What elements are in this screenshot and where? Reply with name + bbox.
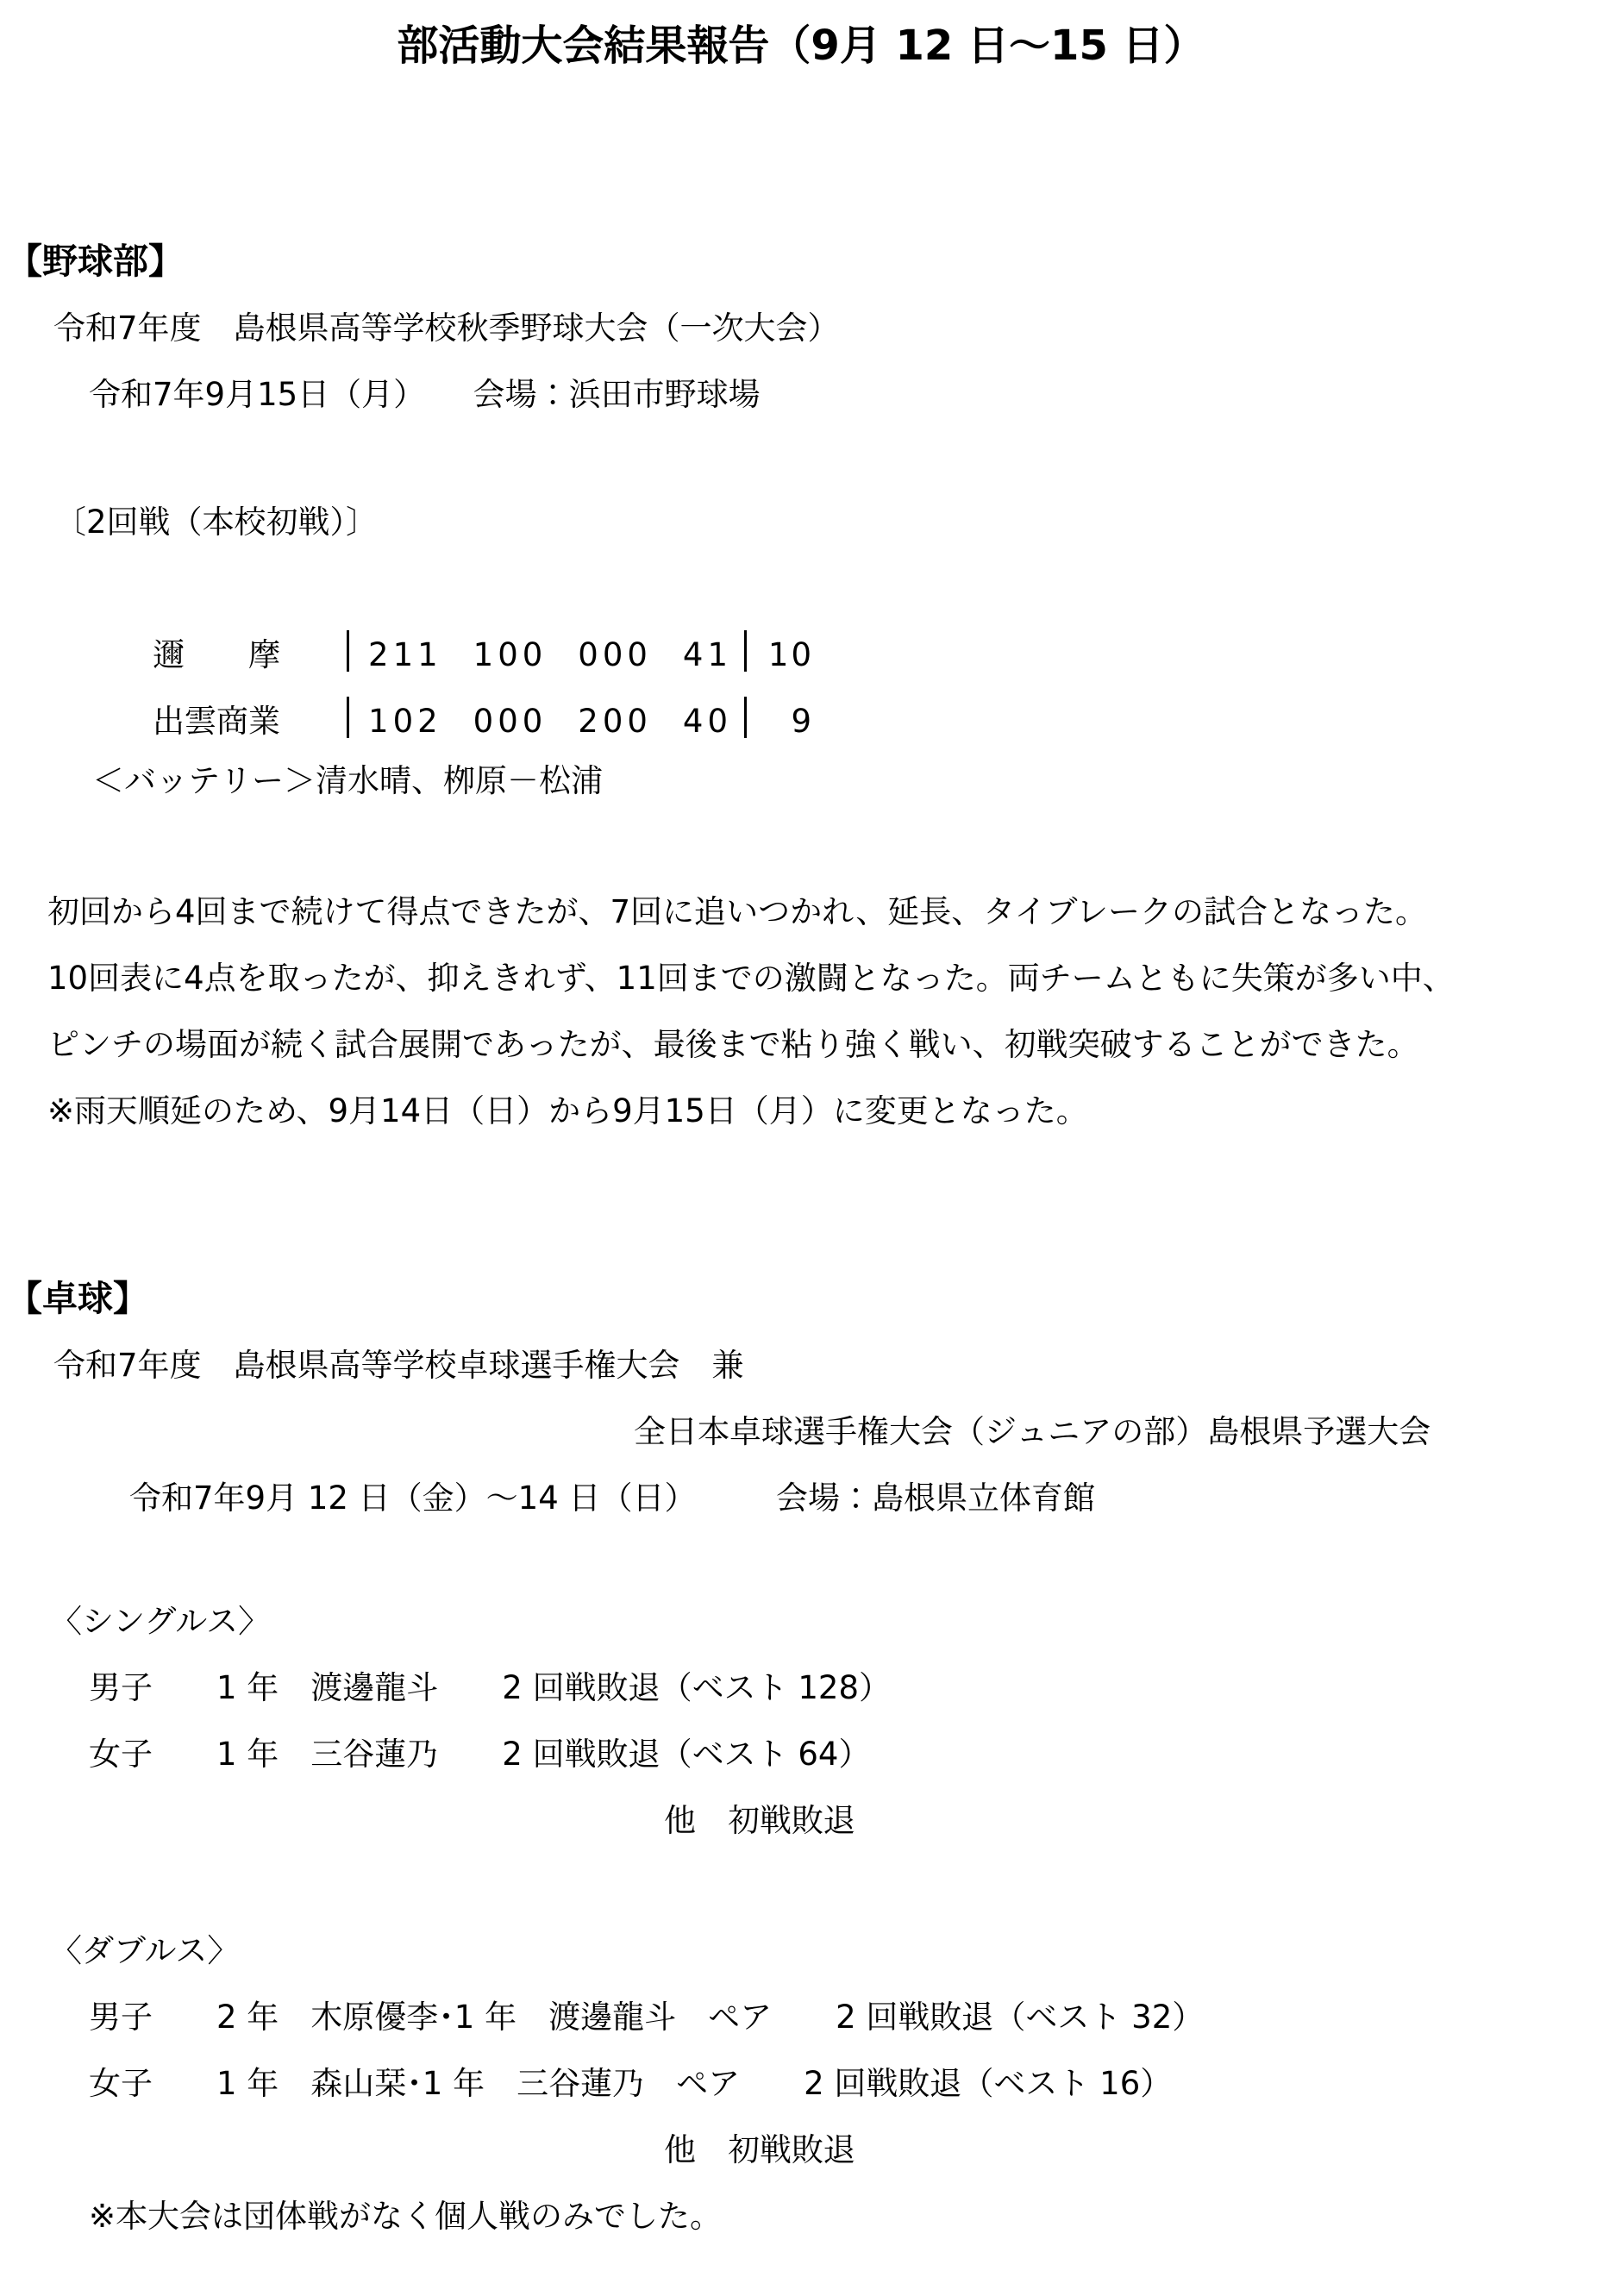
inning-cell: 41 (683, 622, 732, 688)
team-name: 出雲商業 (153, 688, 347, 754)
tabletennis-tournament-name-2: 全日本卓球選手権大会（ジュニアの部）島根県予選大会 (634, 1398, 1595, 1465)
baseball-summary-line: ピンチの場面が続く試合展開であったが、最後まで粘り強く戦い、初戦突破することがで… (47, 1011, 1595, 1078)
tabletennis-section-title: 【卓球】 (7, 1266, 1595, 1332)
linescore-row-nima: 邇 摩2111000004110 (112, 555, 1595, 622)
baseball-date-venue: 令和7年9月15日（月） 会場：浜田市野球場 (89, 361, 1595, 428)
singles-others-result: 他 初戦敗退 (664, 1787, 1595, 1854)
battery-line: ＜バッテリー＞清水晴、栁原－松浦 (92, 748, 1595, 814)
inning-cell: 40 (683, 688, 732, 754)
score-divider-bar (347, 697, 349, 738)
team-name: 邇 摩 (153, 622, 347, 688)
doubles-label: 〈ダブルス〉 (50, 1918, 1595, 1984)
baseball-summary-line: 10回表に4点を取ったが、抑えきれず、11回までの激闘となった。両チームともに失… (47, 945, 1595, 1011)
inning-cell: 100 (473, 622, 548, 688)
inning-cell: 200 (578, 688, 652, 754)
baseball-summary-line: 初回から4回まで続けて得点できたが、7回に追いつかれ、延長、タイブレークの試合と… (47, 879, 1595, 945)
score-divider-bar (744, 697, 747, 738)
score-divider-bar (744, 630, 747, 672)
singles-result-girls: 女子 1 年 三谷蓮乃 2 回戦敗退（ベスト 64） (89, 1721, 1595, 1787)
doubles-others-result: 他 初戦敗退 (664, 2117, 1595, 2183)
score-divider-bar (347, 630, 349, 672)
baseball-section-title: 【野球部】 (7, 228, 1595, 295)
singles-label: 〈シングルス〉 (50, 1588, 1595, 1655)
tabletennis-tournament-name-1: 令和7年度 島根県高等学校卓球選手権大会 兼 (53, 1332, 1595, 1398)
inning-cell: 211 (368, 622, 442, 688)
team-total: 10 (761, 622, 814, 688)
page-title: 部活動大会結果報告（9月 12 日～15 日） (7, 7, 1595, 84)
baseball-rainout-note: ※雨天順延のため、9月14日（日）から9月15日（月）に変更となった。 (47, 1078, 1595, 1144)
baseball-tournament-name: 令和7年度 島根県高等学校秋季野球大会（一次大会） (53, 295, 1595, 361)
baseball-round-label: 〔2回戦（本校初戦）〕 (54, 489, 1595, 555)
tournament-format-note: ※本大会は団体戦がなく個人戦のみでした。 (89, 2183, 1595, 2249)
inning-cell: 102 (368, 688, 442, 754)
report-page: 部活動大会結果報告（9月 12 日～15 日） 【野球部】 令和7年度 島根県高… (0, 0, 1609, 2284)
tabletennis-date-venue: 令和7年9月 12 日（金）～14 日（日） 会場：島根県立体育館 (129, 1465, 1595, 1531)
doubles-result-boys: 男子 2 年 木原優李･1 年 渡邊龍斗 ペア 2 回戦敗退（ベスト 32） (89, 1984, 1595, 2050)
team-total: 9 (761, 688, 814, 754)
inning-cell: 000 (578, 622, 652, 688)
inning-cell: 000 (473, 688, 548, 754)
doubles-result-girls: 女子 1 年 森山栞･1 年 三谷蓮乃 ペア 2 回戦敗退（ベスト 16） (89, 2050, 1595, 2117)
singles-result-boys: 男子 1 年 渡邊龍斗 2 回戦敗退（ベスト 128） (89, 1655, 1595, 1721)
